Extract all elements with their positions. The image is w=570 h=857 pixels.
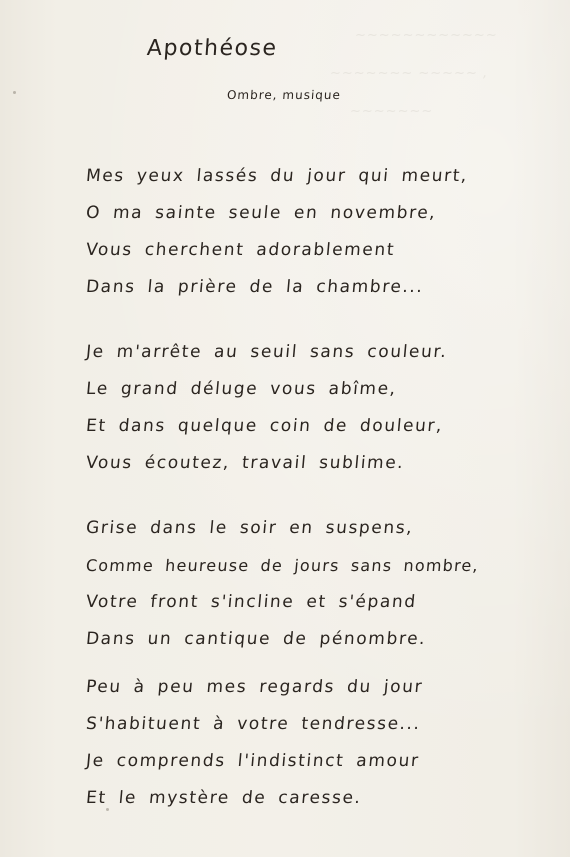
bleed-through-text: ~~~~~~~ bbox=[350, 104, 433, 119]
verse-line: Vous écoutez, travail sublime. bbox=[84, 445, 557, 482]
stanza-3: Grise dans le soir en suspens, Comme heu… bbox=[86, 510, 556, 658]
verse-line: Vous cherchent adorablement bbox=[84, 232, 557, 269]
manuscript-page: ~~~~~~~~~~~~ ~~~~~~~ ~~~~~ , ~~~~~~~ Apo… bbox=[0, 0, 570, 857]
verse-line: Grise dans le soir en suspens, bbox=[84, 510, 557, 547]
stanza-1: Mes yeux lassés du jour qui meurt, O ma … bbox=[86, 158, 556, 306]
verse-line: Et dans quelque coin de douleur, bbox=[84, 408, 557, 445]
bleed-through-text: ~~~~~~~ ~~~~~ , bbox=[330, 66, 488, 81]
verse-line: Le grand déluge vous abîme, bbox=[84, 371, 557, 408]
verse-line: Dans un cantique de pénombre. bbox=[84, 621, 557, 658]
bleed-through-text: ~~~~~~~~~~~~ bbox=[355, 28, 498, 43]
verse-line: S'habituent à votre tendresse... bbox=[84, 706, 557, 743]
verse-line: Dans la prière de la chambre... bbox=[84, 269, 557, 306]
stanza-4: Peu à peu mes regards du jour S'habituen… bbox=[86, 669, 556, 817]
verse-line: Peu à peu mes regards du jour bbox=[84, 669, 557, 706]
verse-line: Mes yeux lassés du jour qui meurt, bbox=[84, 158, 557, 195]
verse-line: O ma sainte seule en novembre, bbox=[84, 195, 557, 232]
stanza-2: Je m'arrête au seuil sans couleur. Le gr… bbox=[86, 334, 556, 482]
verse-line: Et le mystère de caresse. bbox=[84, 780, 557, 817]
verse-line: Je m'arrête au seuil sans couleur. bbox=[84, 334, 557, 371]
verse-line: Comme heureuse de jours sans nombre, bbox=[84, 547, 557, 584]
poem-title: Apothéose bbox=[146, 36, 278, 61]
poem-subtitle: Ombre, musique bbox=[227, 88, 342, 102]
verse-line: Votre front s'incline et s'épand bbox=[84, 584, 557, 621]
ink-speck bbox=[13, 91, 16, 94]
verse-line: Je comprends l'indistinct amour bbox=[84, 743, 557, 780]
ink-speck bbox=[106, 808, 109, 811]
